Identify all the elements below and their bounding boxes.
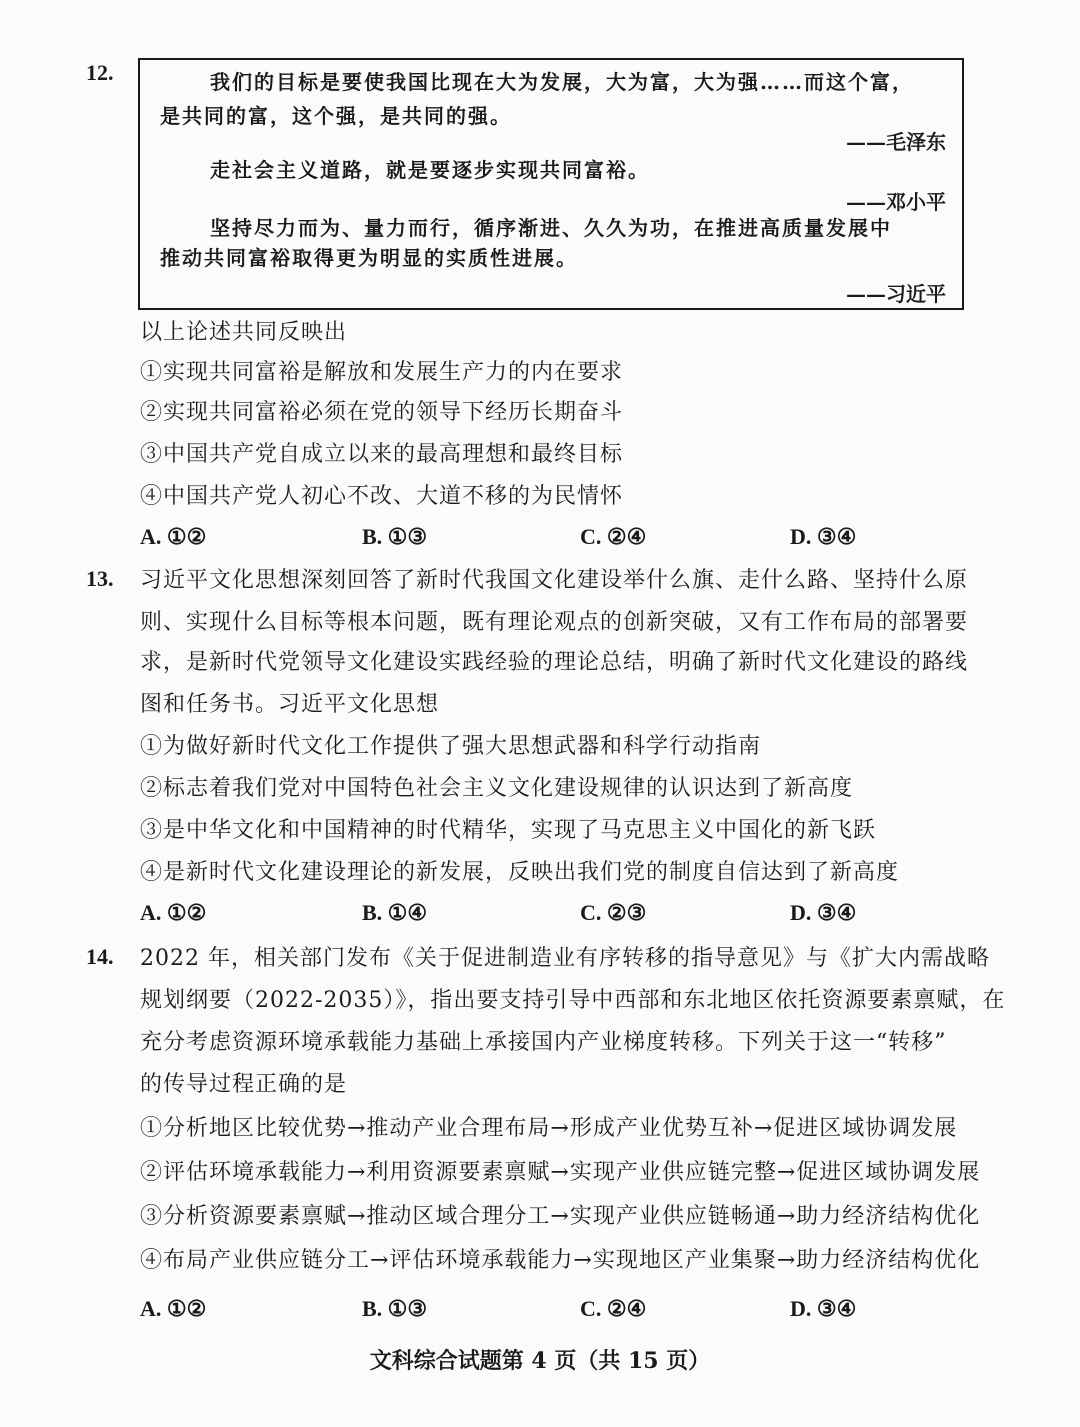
question-number: 12. bbox=[86, 60, 114, 86]
statement-item: ①分析地区比较优势→推动产业合理布局→形成产业优势互补→促进区域协调发展 bbox=[140, 1114, 957, 1144]
answer-option-c: C. ②③ bbox=[580, 900, 646, 926]
answer-option-b: B. ①③ bbox=[362, 524, 427, 550]
question-stem-line: 充分考虑资源环境承载能力基础上承接国内产业梯度转移。下列关于这一“转移” bbox=[140, 1028, 947, 1058]
question-stem-line: 图和任务书。习近平文化思想 bbox=[140, 690, 439, 720]
page-footer: 文科综合试题第 4 页（共 15 页） bbox=[0, 1344, 1080, 1375]
question-stem-line: 求，是新时代党领导文化建设实践经验的理论总结，明确了新时代文化建设的路线 bbox=[140, 648, 968, 678]
quote-author: ——习近平 bbox=[846, 278, 946, 307]
quote-author: ——毛泽东 bbox=[846, 126, 946, 155]
statement-item: ②实现共同富裕必须在党的领导下经历长期奋斗 bbox=[140, 398, 623, 428]
question-stem: 以上论述共同反映出 bbox=[140, 318, 347, 348]
quote-author: ——邓小平 bbox=[846, 186, 946, 215]
quote-line: 推动共同富裕取得更为明显的实质性进展。 bbox=[160, 244, 578, 272]
answer-option-a: A. ①② bbox=[140, 900, 206, 926]
statement-item: ③中国共产党自成立以来的最高理想和最终目标 bbox=[140, 440, 623, 470]
answer-option-d: D. ③④ bbox=[790, 900, 856, 926]
question-stem-line: 则、实现什么目标等根本问题，既有理论观点的创新突破，又有工作布局的部署要 bbox=[140, 608, 968, 638]
statement-item: ④中国共产党人初心不改、大道不移的为民情怀 bbox=[140, 482, 623, 512]
statement-item: ②评估环境承载能力→利用资源要素禀赋→实现产业供应链完整→促进区域协调发展 bbox=[140, 1158, 980, 1188]
statement-item: ③分析资源要素禀赋→推动区域合理分工→实现产业供应链畅通→助力经济结构优化 bbox=[140, 1202, 980, 1232]
quote-line: 是共同的富，这个强，是共同的强。 bbox=[160, 102, 512, 130]
question-stem-line: 规划纲要（2022-2035）》，指出要支持引导中西部和东北地区依托资源要素禀赋… bbox=[140, 986, 1005, 1016]
answer-option-a: A. ①② bbox=[140, 524, 206, 550]
answer-option-a: A. ①② bbox=[140, 1296, 206, 1322]
answer-option-d: D. ③④ bbox=[790, 524, 856, 550]
quote-line: 坚持尽力而为、量力而行，循序渐进、久久为功，在推进高质量发展中 bbox=[210, 214, 892, 242]
answer-option-b: B. ①③ bbox=[362, 1296, 427, 1322]
answer-option-d: D. ③④ bbox=[790, 1296, 856, 1322]
statement-item: ④布局产业供应链分工→评估环境承载能力→实现地区产业集聚→助力经济结构优化 bbox=[140, 1246, 980, 1276]
statement-item: ④是新时代文化建设理论的新发展，反映出我们党的制度自信达到了新高度 bbox=[140, 858, 899, 888]
statement-item: ①为做好新时代文化工作提供了强大思想武器和科学行动指南 bbox=[140, 732, 761, 762]
question-stem-line: 2022 年，相关部门发布《关于促进制造业有序转移的指导意见》与《扩大内需战略 bbox=[140, 944, 990, 974]
question-number: 13. bbox=[86, 566, 114, 592]
question-stem-line: 习近平文化思想深刻回答了新时代我国文化建设举什么旗、走什么路、坚持什么原 bbox=[140, 566, 968, 596]
statement-item: ①实现共同富裕是解放和发展生产力的内在要求 bbox=[140, 358, 623, 388]
quote-line: 走社会主义道路，就是要逐步实现共同富裕。 bbox=[210, 156, 650, 184]
question-stem-line: 的传导过程正确的是 bbox=[140, 1070, 347, 1100]
statement-item: ②标志着我们党对中国特色社会主义文化建设规律的认识达到了新高度 bbox=[140, 774, 853, 804]
question-number: 14. bbox=[86, 944, 114, 970]
quote-box: 我们的目标是要使我国比现在大为发展，大为富，大为强……而这个富， 是共同的富，这… bbox=[138, 58, 964, 310]
quote-line: 我们的目标是要使我国比现在大为发展，大为富，大为强……而这个富， bbox=[210, 68, 914, 96]
statement-item: ③是中华文化和中国精神的时代精华，实现了马克思主义中国化的新飞跃 bbox=[140, 816, 876, 846]
answer-option-c: C. ②④ bbox=[580, 1296, 646, 1322]
answer-option-b: B. ①④ bbox=[362, 900, 427, 926]
answer-option-c: C. ②④ bbox=[580, 524, 646, 550]
